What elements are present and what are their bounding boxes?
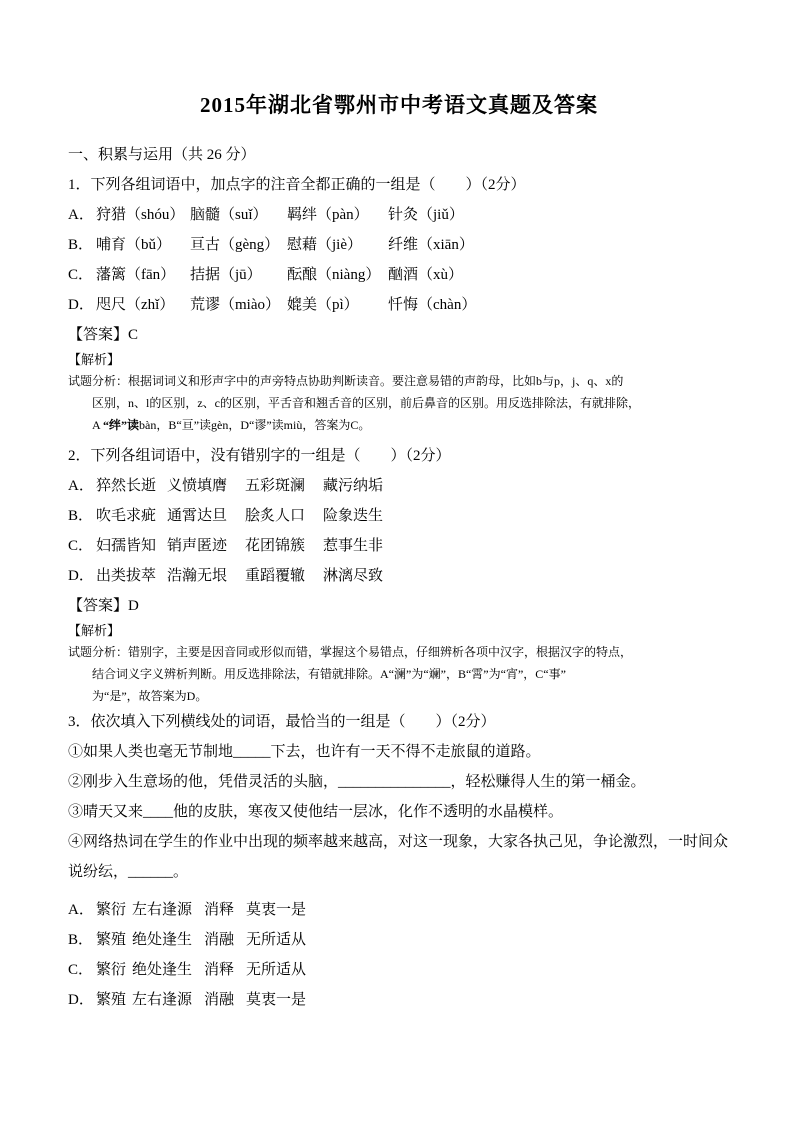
option-item: 五彩斑澜 [245, 471, 323, 501]
q2-option-b: B． 吹毛求疵 通霄达旦 脍炙人口 险象迭生 [68, 501, 730, 531]
option-label: D． [68, 985, 96, 1015]
q3-sentence-1: ①如果人类也毫无节制地_____下去，也许有一天不得不走旅鼠的道路。 [68, 737, 730, 767]
q1-analysis-line-2: 区别，n、l的区别，z、c的区别，平舌音和翘舌音的区别，前后鼻音的区别。用反选排… [92, 392, 730, 414]
option-label: D． [68, 290, 96, 320]
option-item: 左右逢源 [132, 895, 204, 925]
q2-analysis-label: 【解析】 [68, 621, 730, 641]
option-item: 繁衍 [96, 955, 132, 985]
option-item: 消释 [204, 955, 246, 985]
option-item: 脑髓（suǐ） [190, 200, 287, 230]
option-item: 荒谬（miào） [190, 290, 287, 320]
option-item: 绝处逢生 [132, 955, 204, 985]
option-item: 猝然长逝 [96, 471, 167, 501]
q1-analysis-line-3: A “绊”读bàn，B“亘”读gèn，D“谬”读miù，答案为C。 [92, 414, 730, 436]
option-item: 媲美（pì） [287, 290, 388, 320]
option-item: 绝处逢生 [132, 925, 204, 955]
option-item: 淋漓尽致 [323, 561, 730, 591]
option-item: 花团锦簇 [245, 531, 323, 561]
option-item: 莫衷一是 [246, 895, 730, 925]
q2-stem: 2．下列各组词语中，没有错别字的一组是（ ）（2分） [68, 441, 730, 471]
option-item: 无所适从 [246, 925, 730, 955]
option-item: 纤维（xiān） [388, 230, 730, 260]
option-label: A． [68, 895, 96, 925]
q1-answer: 【答案】C [68, 320, 730, 350]
option-item: 消释 [204, 895, 246, 925]
q2-analysis-line-1: 试题分析：错别字，主要是因音同或形似而错，掌握这个易错点，仔细辨析各项中汉字，根… [68, 641, 730, 663]
option-item: 消融 [204, 985, 246, 1015]
option-item: 藩篱（fān） [96, 260, 190, 290]
page-title: 2015年湖北省鄂州市中考语文真题及答案 [68, 92, 730, 118]
option-label: B． [68, 501, 96, 531]
q1-analysis-line-1: 试题分析：根据词词义和形声字中的声旁特点协助判断读音。要注意易错的声韵母，比如b… [68, 370, 730, 392]
analysis-text: bàn，B“亘”读gèn，D“谬”读miù，答案为C。 [139, 418, 370, 432]
option-item: 重蹈覆辙 [245, 561, 323, 591]
option-item: 拮据（jū） [190, 260, 287, 290]
question-1: 1．下列各组词语中，加点字的注音全都正确的一组是（ ）（2分） A． 狩猎（sh… [68, 170, 730, 436]
option-item: 酗酒（xù） [388, 260, 730, 290]
option-item: 羁绊（pàn） [287, 200, 388, 230]
option-item: 无所适从 [246, 955, 730, 985]
q1-stem: 1．下列各组词语中，加点字的注音全都正确的一组是（ ）（2分） [68, 170, 730, 200]
option-item: 酝酿（niàng） [287, 260, 388, 290]
q1-option-c: C． 藩篱（fān） 拮据（jū） 酝酿（niàng） 酗酒（xù） [68, 260, 730, 290]
option-item: 藏污纳垢 [323, 471, 730, 501]
question-3: 3．依次填入下列横线处的词语，最恰当的一组是（ ）（2分） ①如果人类也毫无节制… [68, 707, 730, 1015]
q2-option-a: A． 猝然长逝 义愤填膺 五彩斑澜 藏污纳垢 [68, 471, 730, 501]
option-item: 销声匿迹 [167, 531, 245, 561]
q2-option-d: D． 出类拔萃 浩瀚无垠 重蹈覆辙 淋漓尽致 [68, 561, 730, 591]
document-page: 2015年湖北省鄂州市中考语文真题及答案 一、积累与运用（共 26 分） 1．下… [0, 0, 794, 1123]
option-label: B． [68, 230, 96, 260]
question-2: 2．下列各组词语中，没有错别字的一组是（ ）（2分） A． 猝然长逝 义愤填膺 … [68, 441, 730, 707]
option-item: 狩猎（shóu） [96, 200, 190, 230]
option-item: 义愤填膺 [167, 471, 245, 501]
q3-sentence-4: ④网络热词在学生的作业中出现的频率越来越高，对这一现象，大家各执己见，争论激烈，… [68, 827, 730, 887]
option-label: C． [68, 531, 96, 561]
option-item: 亘古（gèng） [190, 230, 287, 260]
option-label: B． [68, 925, 96, 955]
option-item: 哺育（bǔ） [96, 230, 190, 260]
analysis-bold-text: “绊”读 [103, 418, 139, 432]
option-item: 消融 [204, 925, 246, 955]
q3-sentence-3: ③晴天又来____他的皮肤，寒夜又使他结一层冰，化作不透明的水晶模样。 [68, 797, 730, 827]
q3-option-a: A． 繁衍 左右逢源 消释 莫衷一是 [68, 895, 730, 925]
analysis-text: A [92, 418, 103, 432]
q1-option-a: A． 狩猎（shóu） 脑髓（suǐ） 羁绊（pàn） 针灸（jiǔ） [68, 200, 730, 230]
q1-option-d: D． 咫尺（zhǐ） 荒谬（miào） 媲美（pì） 忏悔（chàn） [68, 290, 730, 320]
option-item: 繁殖 [96, 925, 132, 955]
option-label: C． [68, 260, 96, 290]
option-label: A． [68, 200, 96, 230]
q1-analysis-label: 【解析】 [68, 350, 730, 370]
option-item: 繁衍 [96, 895, 132, 925]
option-item: 繁殖 [96, 985, 132, 1015]
q2-answer: 【答案】D [68, 591, 730, 621]
option-item: 妇孺皆知 [96, 531, 167, 561]
option-item: 通霄达旦 [167, 501, 245, 531]
q1-option-b: B． 哺育（bǔ） 亘古（gèng） 慰藉（jiè） 纤维（xiān） [68, 230, 730, 260]
q3-option-c: C． 繁衍 绝处逢生 消释 无所适从 [68, 955, 730, 985]
option-item: 惹事生非 [323, 531, 730, 561]
q3-sentence-2: ②刚步入生意场的他，凭借灵活的头脑，_______________，轻松赚得人生… [68, 767, 730, 797]
q2-option-c: C． 妇孺皆知 销声匿迹 花团锦簇 惹事生非 [68, 531, 730, 561]
option-item: 咫尺（zhǐ） [96, 290, 190, 320]
section-heading: 一、积累与运用（共 26 分） [68, 140, 730, 170]
option-item: 险象迭生 [323, 501, 730, 531]
option-item: 左右逢源 [132, 985, 204, 1015]
option-item: 针灸（jiǔ） [388, 200, 730, 230]
option-item: 忏悔（chàn） [388, 290, 730, 320]
option-item: 莫衷一是 [246, 985, 730, 1015]
q3-options: A． 繁衍 左右逢源 消释 莫衷一是 B． 繁殖 绝处逢生 消融 无所适从 C．… [68, 895, 730, 1015]
q2-analysis-line-2: 结合词义字义辨析判断。用反选排除法，有错就排除。A“澜”为“斓”，B“霄”为“宵… [92, 663, 730, 685]
q3-stem: 3．依次填入下列横线处的词语，最恰当的一组是（ ）（2分） [68, 707, 730, 737]
q3-option-d: D． 繁殖 左右逢源 消融 莫衷一是 [68, 985, 730, 1015]
option-label: A． [68, 471, 96, 501]
option-item: 慰藉（jiè） [287, 230, 388, 260]
option-label: D． [68, 561, 96, 591]
option-item: 浩瀚无垠 [167, 561, 245, 591]
option-item: 出类拔萃 [96, 561, 167, 591]
option-item: 吹毛求疵 [96, 501, 167, 531]
option-label: C． [68, 955, 96, 985]
option-item: 脍炙人口 [245, 501, 323, 531]
q2-analysis-line-3: 为“是”，故答案为D。 [92, 685, 730, 707]
q3-option-b: B． 繁殖 绝处逢生 消融 无所适从 [68, 925, 730, 955]
